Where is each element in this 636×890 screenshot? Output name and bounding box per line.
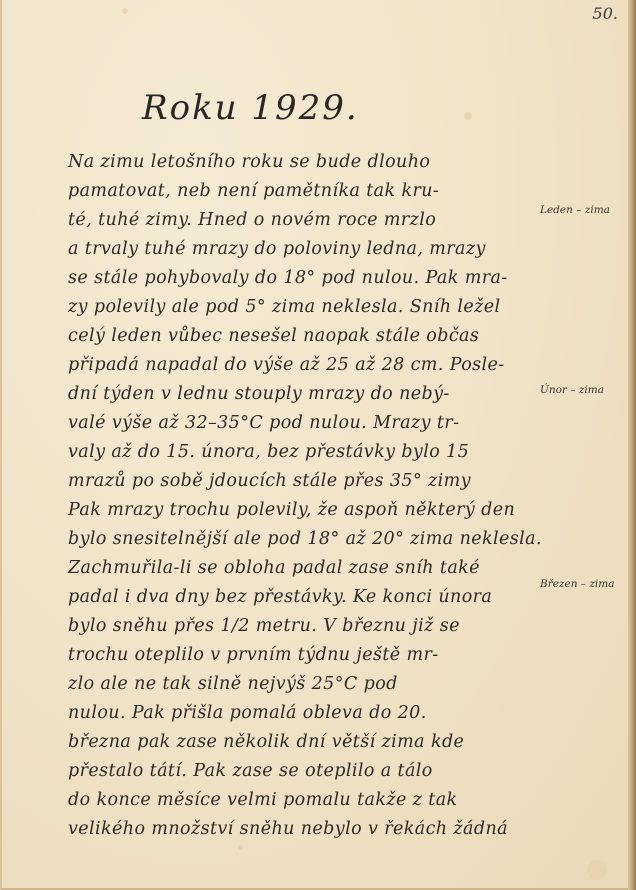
text-line: valé výše až 32–35°C pod nulou. Mrazy tr…	[68, 413, 518, 433]
text-line: Na zimu letošního roku se bude dlouho	[68, 152, 518, 172]
paper-stain	[587, 860, 607, 880]
text-line: velikého množství sněhu nebylo v řekách …	[68, 819, 518, 839]
margin-note-march: Březen – zima	[540, 578, 615, 590]
page-title: Roku 1929.	[142, 88, 359, 128]
text-line: dní týden v lednu stouply mrazy do nebý-	[68, 384, 518, 404]
paper-stain	[238, 845, 243, 850]
margin-note-february: Únor – zima	[540, 384, 604, 396]
text-line: března pak zase několik dní větší zima k…	[68, 732, 518, 752]
text-line: zlo ale ne tak silně nejvýš 25°C pod	[68, 674, 518, 694]
text-line: padal i dva dny bez přestávky. Ke konci …	[68, 587, 518, 607]
text-line: té, tuhé zimy. Hned o novém roce mrzlo	[68, 210, 518, 230]
text-line: a trvaly tuhé mrazy do poloviny ledna, m…	[68, 239, 518, 259]
paper-stain	[464, 112, 472, 120]
text-line: nulou. Pak přišla pomalá obleva do 20.	[68, 703, 518, 723]
text-line: valy až do 15. února, bez přestávky bylo…	[68, 442, 518, 462]
text-line: zy polevily ale pod 5° zima neklesla. Sn…	[68, 297, 518, 317]
text-line: připadá napadal do výše až 25 až 28 cm. …	[68, 355, 518, 375]
text-line: do konce měsíce velmi pomalu takže z tak	[68, 790, 518, 810]
text-line: se stále pohybovaly do 18° pod nulou. Pa…	[68, 268, 518, 288]
text-line: Zachmuřila-li se obloha padal zase sníh …	[68, 558, 518, 578]
page-number: 50.	[593, 4, 618, 23]
paper-stain	[122, 8, 128, 14]
margin-note-january: Leden – zima	[540, 204, 610, 216]
manuscript-page: 50. Roku 1929. Na zimu letošního roku se…	[0, 0, 636, 890]
text-line: celý leden vůbec nesešel naopak stále ob…	[68, 326, 518, 346]
text-line: bylo sněhu přes 1/2 metru. V březnu již …	[68, 616, 518, 636]
text-line: trochu oteplilo v prvním týdnu ještě mr-	[68, 645, 518, 665]
text-line: přestalo tátí. Pak zase se oteplilo a tá…	[68, 761, 518, 781]
text-line: pamatovat, neb není pamětníka tak kru-	[68, 181, 518, 201]
text-line: mrazů po sobě jdoucích stále přes 35° zi…	[68, 471, 518, 491]
text-line: bylo snesitelnější ale pod 18° až 20° zi…	[68, 529, 518, 549]
text-line: Pak mrazy trochu polevily, že aspoň někt…	[68, 500, 518, 520]
